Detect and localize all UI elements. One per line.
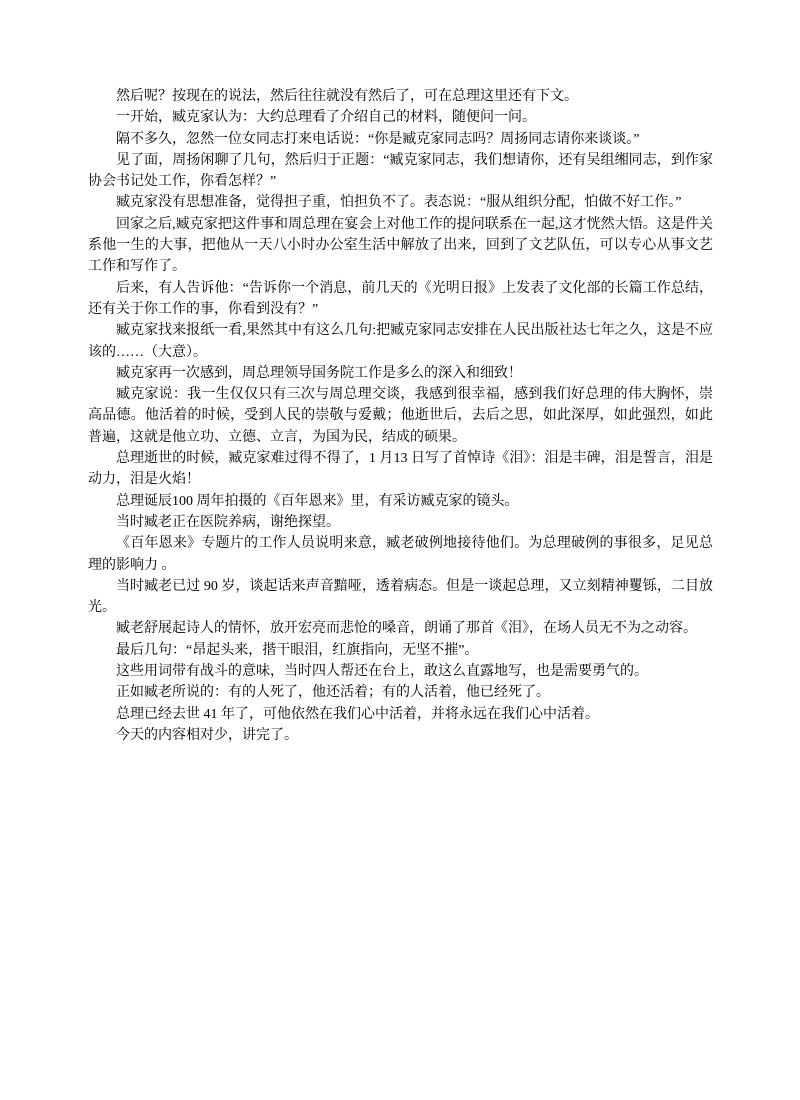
paragraph: 总理逝世的时候，臧克家难过得不得了，1 月13 日写了首悼诗《泪》：泪是丰碑，泪… <box>88 448 713 491</box>
paragraph: 当时臧老正在医院养病，谢绝探望。 <box>88 512 713 533</box>
paragraph: 臧克家再一次感到，周总理领导国务院工作是多么的深入和细致！ <box>88 363 713 384</box>
paragraph: 回家之后,臧克家把这件事和周总理在宴会上对他工作的提问联系在一起,这才恍然大悟。… <box>88 214 713 278</box>
paragraph: 当时臧老已过 90 岁，谈起话来声音黯哑，透着病态。但是一谈起总理，又立刻精神矍… <box>88 576 713 619</box>
paragraph: 正如臧老所说的：有的人死了，他还活着；有的人活着，他已经死了。 <box>88 682 713 703</box>
paragraph: 臧克家说：我一生仅仅只有三次与周总理交谈，我感到很幸福，感到我们好总理的伟大胸怀… <box>88 384 713 448</box>
paragraph: 见了面，周扬闲聊了几句，然后归于正题：“臧克家同志，我们想请你，还有吴组缃同志，… <box>88 150 713 193</box>
paragraph: 今天的内容相对少，讲完了。 <box>88 725 713 746</box>
paragraph: 后来，有人告诉他：“告诉你一个消息，前几天的《光明日报》上发表了文化部的长篇工作… <box>88 278 713 321</box>
paragraph: 然后呢？按现在的说法，然后往往就没有然后了，可在总理这里还有下文。 <box>88 86 713 107</box>
text-body: 然后呢？按现在的说法，然后往往就没有然后了，可在总理这里还有下文。一开始，臧克家… <box>88 86 713 746</box>
paragraph: 隔不多久，忽然一位女同志打来电话说：“你是臧克家同志吗？周扬同志请你来谈谈。” <box>88 129 713 150</box>
paragraph: 一开始，臧克家认为：大约总理看了介绍自己的材料，随便问一问。 <box>88 107 713 128</box>
paragraph: 《百年恩来》专题片的工作人员说明来意，臧老破例地接待他们。为总理破例的事很多，足… <box>88 533 713 576</box>
paragraph: 这些用词带有战斗的意味，当时四人帮还在台上，敢这么直露地写，也是需要勇气的。 <box>88 661 713 682</box>
paragraph: 臧克家没有思想准备，觉得担子重，怕担负不了。表态说：“服从组织分配，怕做不好工作… <box>88 192 713 213</box>
paragraph: 臧克家找来报纸一看,果然其中有这么几句:把臧克家同志安排在人民出版社达七年之久，… <box>88 320 713 363</box>
paragraph: 最后几句：“昂起头来，揩干眼泪，红旗指向，无坚不摧”。 <box>88 640 713 661</box>
paragraph: 臧老舒展起诗人的情怀，放开宏亮而悲怆的嗓音，朗诵了那首《泪》，在场人员无不为之动… <box>88 618 713 639</box>
paragraph: 总理诞辰100 周年拍摄的《百年恩来》里，有采访臧克家的镜头。 <box>88 491 713 512</box>
document-page: 然后呢？按现在的说法，然后往往就没有然后了，可在总理这里还有下文。一开始，臧克家… <box>88 86 713 746</box>
paragraph: 总理已经去世 41 年了，可他依然在我们心中活着，并将永远在我们心中活着。 <box>88 704 713 725</box>
